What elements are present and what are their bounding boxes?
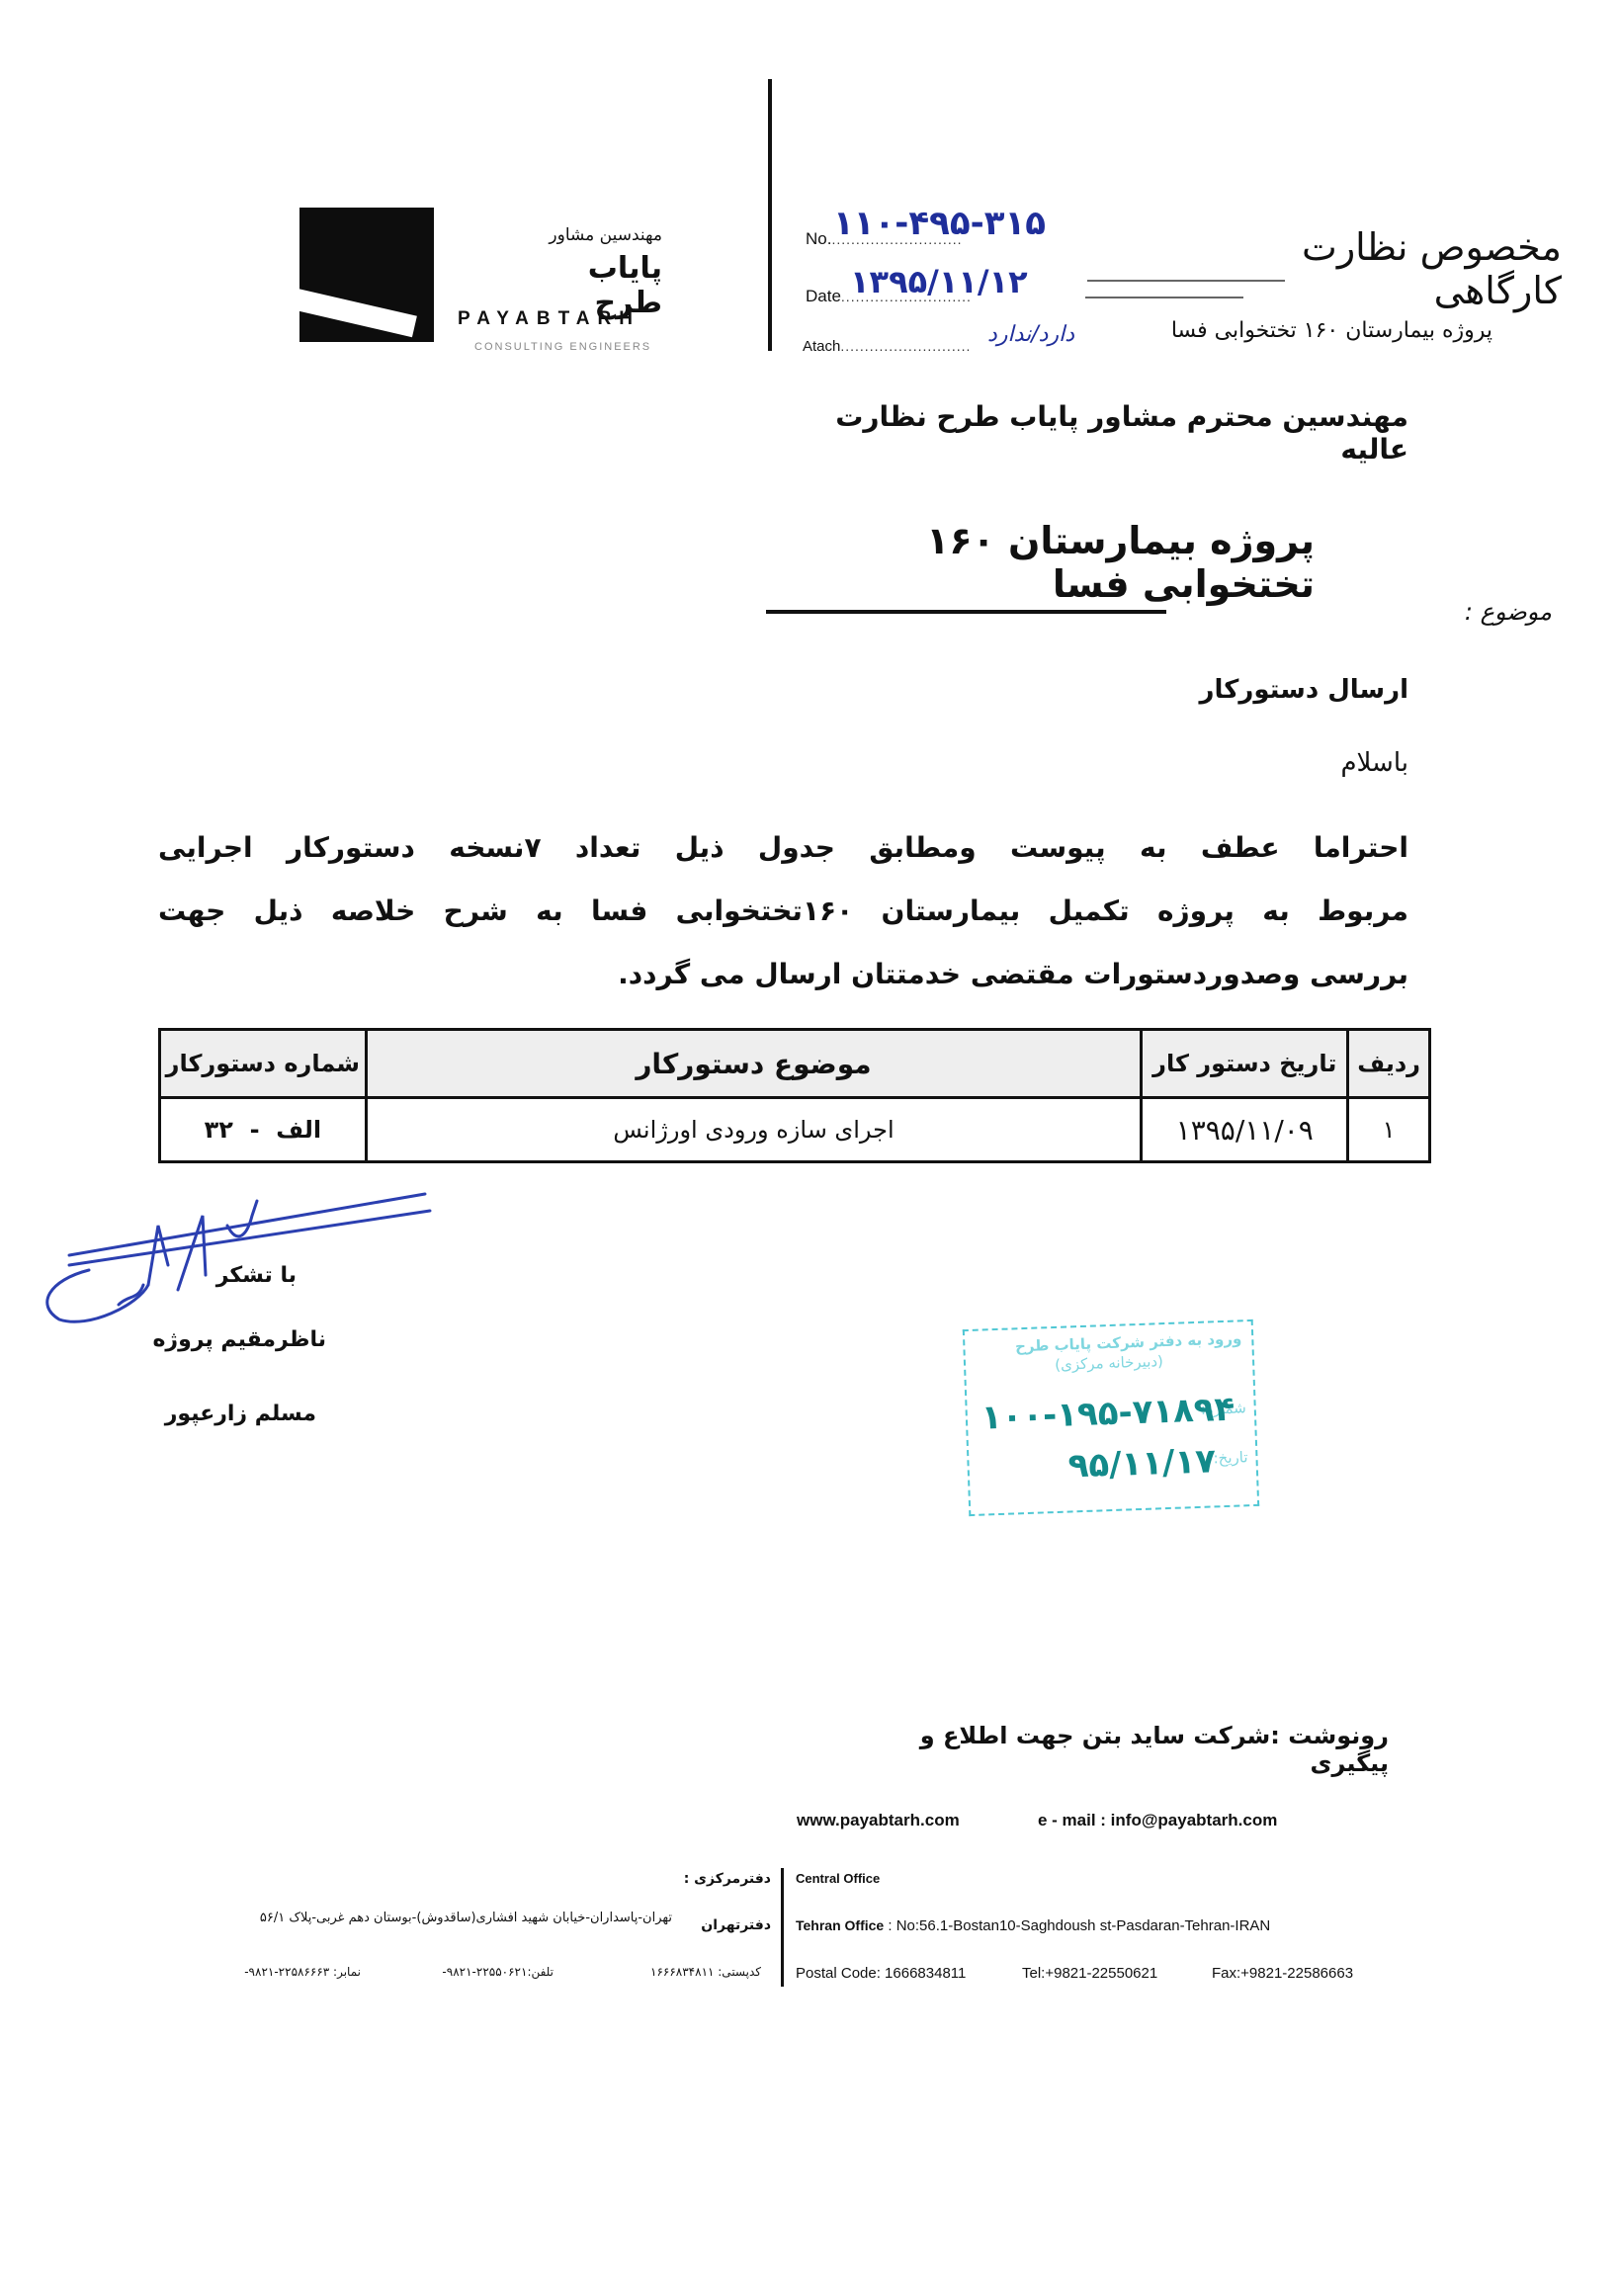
- greeting: باسلام: [1186, 748, 1408, 778]
- received-stamp: ورود به دفتر شرکت پایاب طرح (دبیرخانه مر…: [963, 1319, 1259, 1516]
- tehran-office-fa-label: دفترتهران: [672, 1917, 771, 1933]
- subject-value: ارسال دستورکار: [1087, 675, 1408, 705]
- central-office-fa: دفترمرکزی :: [633, 1871, 771, 1887]
- stamp-number-value: ۱۰۰-۱۹۵-۷۱۸۹۴: [980, 1390, 1236, 1438]
- col-row-number: ردیف: [1348, 1030, 1430, 1098]
- carbon-copy: رونوشت :شرکت ساید بتن جهت اطلاع و پیگیری: [840, 1722, 1389, 1777]
- website-link[interactable]: www.payabtarh.com: [797, 1811, 960, 1830]
- stamp-line1: ورود به دفتر شرکت پایاب طرح: [975, 1329, 1241, 1356]
- special-title: مخصوص نظارت کارگاهی: [1166, 225, 1562, 312]
- number-value: ۱۱۰-۴۹۵-۳۱۵: [833, 204, 1070, 243]
- cell-order-date: ۱۳۹۵/۱۱/۰۹: [1142, 1098, 1348, 1162]
- letter-attachment: Atach........................... دارد/ند…: [803, 336, 971, 355]
- postal-code-en: Postal Code: 1666834811: [796, 1965, 966, 1982]
- body-line: احتراما عطف به پیوست ومطابق جدول ذیل تعد…: [158, 816, 1408, 880]
- tel-en: Tel:+9821-22550621: [1022, 1965, 1157, 1982]
- body-paragraph: احتراما عطف به پیوست ومطابق جدول ذیل تعد…: [158, 816, 1408, 1006]
- title-underline: [1087, 280, 1285, 282]
- date-label: Date: [806, 287, 841, 305]
- stamp-line2: (دبیرخانه مرکزی): [1025, 1351, 1194, 1375]
- cell-order-subject: اجرای سازه ورودی اورژانس: [366, 1098, 1142, 1162]
- cell-order-number: الف - ۳۲: [160, 1098, 367, 1162]
- attach-value: دارد/ندارد: [877, 322, 1074, 347]
- date-value: ۱۳۹۵/۱۱/۱۲: [850, 263, 1087, 300]
- body-line: مربوط به پروژه تکمیل بیمارستان ۱۶۰تختخوا…: [158, 880, 1408, 943]
- fax-en: Fax:+9821-22586663: [1212, 1965, 1353, 1982]
- fax-fa: نمابر: ۲۲۵۸۶۶۶۳-۹۸۲۱-: [193, 1965, 361, 1979]
- table-header-row: ردیف تاریخ دستور کار موضوع دستورکار شمار…: [160, 1030, 1430, 1098]
- letter-date: Date........................... ۱۳۹۵/۱۱/…: [806, 287, 972, 306]
- title-underline: [1085, 297, 1243, 298]
- stamp-date-label: تاریخ:: [1213, 1448, 1248, 1467]
- tehran-office-fa-address: تهران-پاسداران-خیابان شهید افشاری(ساقدوش…: [198, 1911, 672, 1925]
- project-title: پروژه بیمارستان ۱۶۰ تختخوابی فسا: [761, 519, 1315, 606]
- tel-fa: تلفن:۲۲۵۵۰۶۲۱-۹۸۲۱-: [385, 1965, 554, 1979]
- closing-thanks: با تشکر: [188, 1263, 297, 1288]
- header-project: پروژه بیمارستان ۱۶۰ تختخوابی فسا: [1067, 318, 1492, 343]
- col-order-number: شماره دستورکار: [160, 1030, 367, 1098]
- footer-divider: [781, 1868, 784, 1987]
- cell-row-number: ۱: [1348, 1098, 1430, 1162]
- tehran-office-en: Tehran Office : No:56.1-Bostan10-Saghdou…: [796, 1917, 1270, 1934]
- col-order-date: تاریخ دستور کار: [1142, 1030, 1348, 1098]
- header-divider: [768, 79, 772, 351]
- table-row: ۱ ۱۳۹۵/۱۱/۰۹ اجرای سازه ورودی اورژانس ال…: [160, 1098, 1430, 1162]
- letter-number: No............................ ۱۱۰-۴۹۵-۳…: [806, 229, 963, 249]
- central-office-en: Central Office: [796, 1871, 880, 1886]
- email-link[interactable]: e - mail : info@payabtarh.com: [1038, 1811, 1277, 1830]
- recipient: مهندسین محترم مشاور پایاب طرح نظارت عالی…: [771, 400, 1408, 466]
- signer-role: ناظرمقیم پروژه: [148, 1327, 326, 1352]
- number-label: No.: [806, 229, 831, 248]
- company-name-en: PAYABTARH: [458, 308, 640, 330]
- subject-underline: [766, 610, 1166, 614]
- body-line: بررسی وصدوردستورات مقتضی خدمتتان ارسال م…: [158, 943, 1408, 1006]
- postal-code-fa: کدپستی: ۱۶۶۶۸۳۴۸۱۱: [554, 1965, 761, 1979]
- company-subtitle-fa: مهندسین مشاور: [514, 225, 662, 245]
- stamp-date-value: ۹۵/۱۱/۱۷: [1067, 1441, 1217, 1486]
- signer-name: مسلم زارعپور: [148, 1402, 316, 1426]
- work-orders-table: ردیف تاریخ دستور کار موضوع دستورکار شمار…: [158, 1028, 1431, 1163]
- payabtarh-logo-icon: [299, 208, 434, 342]
- company-subtitle-en: CONSULTING ENGINEERS: [474, 341, 651, 353]
- subject-label: موضوع :: [1404, 598, 1552, 626]
- attach-label: Atach: [803, 338, 840, 355]
- col-order-subject: موضوع دستورکار: [366, 1030, 1142, 1098]
